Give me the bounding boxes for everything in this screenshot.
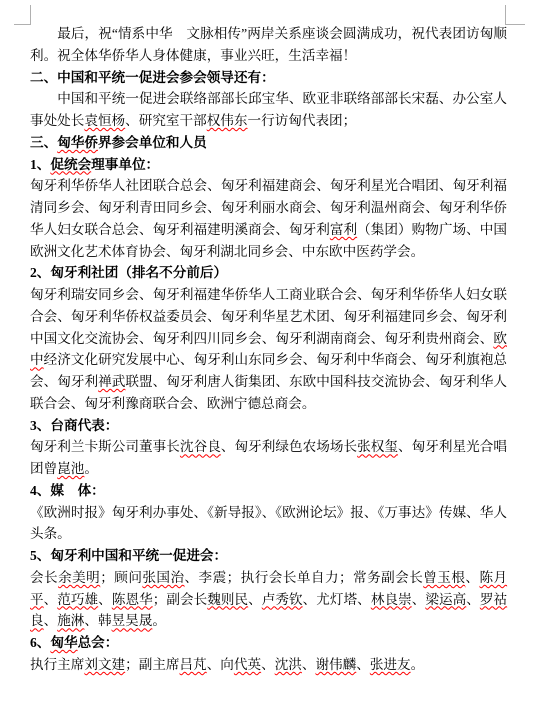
body-paragraph[interactable]: 《欧洲时报》匈牙利办事处、《新导报》、《欧洲论坛》报、《万事达》传媒、华人头条。 [30, 502, 507, 546]
misspelled-text: 权伟东 [207, 113, 248, 128]
misspelled-text: 卢秀钦 [262, 592, 303, 607]
misspelled-text: 梁运高 [425, 592, 466, 607]
text-segment: 1、 [30, 157, 50, 172]
text-segment: 《欧洲时报》匈牙利办事处、《新导报》、《欧洲论坛》报、《万事达》传媒、华人头条。 [30, 505, 507, 542]
text-segment: 匈牙利兰卡斯公司董事长 [30, 439, 180, 454]
misspelled-text: 袁恒杨 [84, 113, 125, 128]
text-segment: 4、媒 体： [30, 483, 105, 498]
misspelled-text: 昱昊晟 [112, 613, 153, 628]
misspelled-text: 陈恩华 [112, 592, 153, 607]
text-segment: 匈牙利瑞安同乡会、匈牙利福建华侨华人工商业联合会、匈牙利华侨华人妇女联合会、匈牙… [30, 287, 507, 346]
text-segment: 。 [84, 461, 98, 476]
text-segment: 、尤灯塔、 [303, 592, 371, 607]
body-paragraph[interactable]: 会长余美明；顾问张国治、李震；执行会长单自力；常务副会长曾玉根、陈月平、范巧雄、… [30, 567, 507, 632]
text-segment: 、 [302, 657, 316, 672]
text-boundary-mark-top-left [14, 5, 31, 25]
misspelled-text: 谢伟麟 [315, 657, 356, 672]
text-boundary-mark-top-right [505, 5, 525, 25]
text-segment: 、 [356, 657, 370, 672]
misspelled-text: 沈谷良 [180, 439, 221, 454]
text-segment: 执行主席 [30, 657, 84, 672]
misspelled-text: 魏则民 [207, 592, 248, 607]
misspelled-text: 富利 [330, 222, 357, 237]
text-segment: 、 [98, 592, 112, 607]
heading-paragraph[interactable]: 5、匈牙利中国和平统一促进会： [30, 545, 507, 567]
body-paragraph[interactable]: 匈牙利瑞安同乡会、匈牙利福建华侨华人工商业联合会、匈牙利华侨华人妇女联合会、匈牙… [30, 284, 507, 415]
misspelled-text: 代英 [234, 657, 261, 672]
text-segment: 、 [44, 592, 58, 607]
misspelled-text: 张国治 [142, 570, 184, 585]
text-segment: 、匈牙利绿色农场场长 [221, 439, 357, 454]
misspelled-text: 刘文建 [84, 657, 125, 672]
heading-paragraph[interactable]: 1、促统会理事单位： [30, 154, 507, 176]
misspelled-text: 张进友 [370, 657, 411, 672]
text-segment: 会长 [30, 570, 58, 585]
text-segment: 总会： [78, 635, 119, 650]
misspelled-text: 林良崇 [371, 592, 412, 607]
text-segment: 一行访匈代表团； [248, 113, 357, 128]
text-segment: 5、匈牙利中国和平统一促进会： [30, 548, 227, 563]
text-segment: 、韩 [84, 613, 111, 628]
body-paragraph[interactable]: 最后，祝“情系中华 文脉相传”两岸关系座谈会圆满成功，祝代表团访匈顺利。祝全体华… [30, 23, 507, 67]
heading-paragraph[interactable]: 二、中国和平统一促进会参会领导还有： [30, 67, 507, 89]
text-segment: 2、匈牙利社团（排名不分前后） [30, 265, 227, 280]
text-segment: 6、 [30, 635, 50, 650]
heading-paragraph[interactable]: 3、台商代表： [30, 415, 507, 437]
body-paragraph[interactable]: 中国和平统一促进会联络部部长邱宝华、欧亚非联络部部长宋磊、办公室人事处处长袁恒杨… [30, 88, 507, 132]
heading-paragraph[interactable]: 2、匈牙利社团（排名不分前后） [30, 262, 507, 284]
misspelled-text: 余美明 [58, 570, 100, 585]
text-segment: 、 [261, 657, 275, 672]
body-paragraph[interactable]: 匈牙利华侨华人社团联合总会、匈牙利福建商会、匈牙利星光合唱团、匈牙利福清同乡会、… [30, 175, 507, 262]
heading-paragraph[interactable]: 三、匈华侨界参会单位和人员 [30, 132, 507, 154]
text-segment: 最后，祝“情系中华 文脉相传”两岸关系座谈会圆满成功，祝代表团访匈顺利。祝全体华… [30, 26, 507, 63]
misspelled-text: 吕芃 [180, 657, 207, 672]
document-page: 最后，祝“情系中华 文脉相传”两岸关系座谈会圆满成功，祝代表团访匈顺利。祝全体华… [0, 0, 536, 717]
misspelled-text: 崑池 [57, 461, 84, 476]
text-segment: 。 [152, 613, 166, 628]
text-segment: 界参会单位和人员 [98, 135, 207, 150]
text-segment: ；副会长 [153, 592, 208, 607]
text-segment: 。 [411, 657, 425, 672]
text-segment: ；副主席 [125, 657, 179, 672]
text-segment: 、 [412, 592, 426, 607]
misspelled-text: 沈洪 [275, 657, 302, 672]
heading-paragraph[interactable]: 4、媒 体： [30, 480, 507, 502]
text-segment: 理事单位： [91, 157, 159, 172]
misspelled-text: 曾玉根 [423, 570, 465, 585]
text-segment: 、 [466, 592, 480, 607]
text-segment: 、 [248, 592, 262, 607]
body-paragraph[interactable]: 执行主席刘文建；副主席吕芃、向代英、沈洪、谢伟麟、张进友。 [30, 654, 507, 676]
document-body[interactable]: 最后，祝“情系中华 文脉相传”两岸关系座谈会圆满成功，祝代表团访匈顺利。祝全体华… [30, 23, 507, 676]
text-segment: 、向 [207, 657, 234, 672]
misspelled-text: 禅武 [98, 374, 125, 389]
text-segment: 二、中国和平统一促进会参会领导还有： [30, 70, 275, 85]
misspelled-text: 促统会 [50, 157, 91, 172]
text-segment: 、研究室干部 [125, 113, 207, 128]
text-segment: 、 [465, 570, 479, 585]
misspelled-text: 匈华侨 [57, 135, 98, 150]
text-segment: 、 [44, 613, 58, 628]
text-segment: 三、 [30, 135, 57, 150]
text-segment: 、李震；执行会长单自力；常务副会长 [185, 570, 424, 585]
heading-paragraph[interactable]: 6、匈华总会： [30, 632, 507, 654]
misspelled-text: 匈华 [50, 635, 77, 650]
misspelled-text: 范巧雄 [57, 592, 98, 607]
misspelled-text: 施淋 [57, 613, 84, 628]
misspelled-text: 张权玺 [357, 439, 398, 454]
body-paragraph[interactable]: 匈牙利兰卡斯公司董事长沈谷良、匈牙利绿色农场场长张权玺、匈牙利星光合唱团曾崑池。 [30, 436, 507, 480]
text-segment: ；顾问 [100, 570, 142, 585]
text-segment: 3、台商代表： [30, 418, 118, 433]
